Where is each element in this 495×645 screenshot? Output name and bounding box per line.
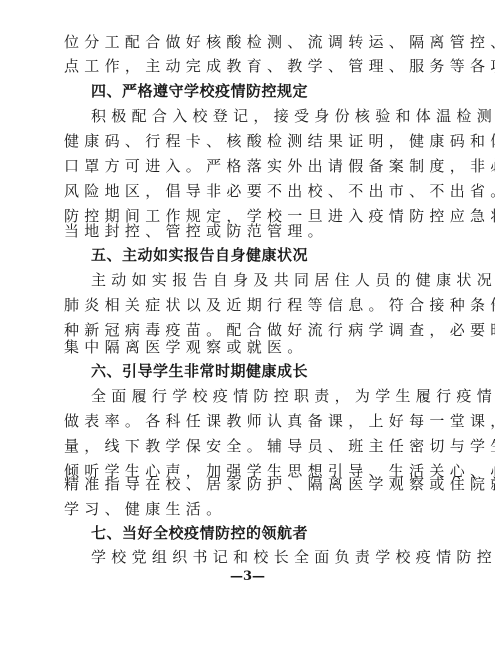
section-heading-7: 七、当好全校疫情防控的领航者	[91, 523, 461, 543]
paragraph-start: 学校党组织书记和校长全面负责学校疫情防控的组织领导，	[91, 547, 434, 567]
body-line: 肺炎相关症状以及近期行程等信息。符合接种条件的要按要求接	[64, 295, 434, 315]
body-line: 精准指导在校、居家防护、隔离医学观察或住院就医的学生安全	[64, 474, 434, 494]
body-line: 风险地区，倡导非必要不出校、不出市、不出省。遵守学校疫情	[64, 181, 434, 201]
body-line: 口罩方可进入。严格落实外出请假备案制度，非必要不前往中高	[64, 156, 434, 176]
section-heading-5: 五、主动如实报告自身健康状况	[91, 245, 461, 265]
body-line: 量，线下教学保安全。辅导员、班主任密切与学生及其家长联系，	[64, 436, 434, 456]
document-page: 位分工配合做好核酸检测、流调转运、隔离管控、住院就医等重 点工作，主动完成教育、…	[0, 0, 495, 645]
body-line: 集中隔离医学观察或就医。	[64, 337, 434, 357]
paragraph-start: 全面履行学校疫情防控职责，为学生履行疫情防控个人责任	[91, 386, 434, 406]
body-line: 点工作，主动完成教育、教学、管理、服务等各项任务。	[64, 56, 434, 76]
body-line: 健康码、行程卡、核酸检测结果证明，健康码和体温正常、佩戴	[64, 131, 434, 151]
page-number: —3—	[0, 568, 495, 586]
section-heading-6: 六、引导学生非常时期健康成长	[91, 361, 461, 381]
body-line: 学习、健康生活。	[64, 499, 434, 519]
body-line: 做表率。各科任课教师认真备课，上好每一堂课，线上教学高质	[64, 411, 434, 431]
section-heading-4: 四、严格遵守学校疫情防控规定	[91, 81, 461, 101]
paragraph-start: 积极配合入校登记，接受身份核验和体温检测，必要时出示	[91, 106, 434, 126]
body-line: 当地封控、管控或防范管理。	[64, 221, 434, 241]
paragraph-start: 主动如实报告自身及共同居住人员的健康状况尤其是新冠	[91, 270, 434, 290]
body-line: 位分工配合做好核酸检测、流调转运、隔离管控、住院就医等重	[64, 32, 434, 52]
